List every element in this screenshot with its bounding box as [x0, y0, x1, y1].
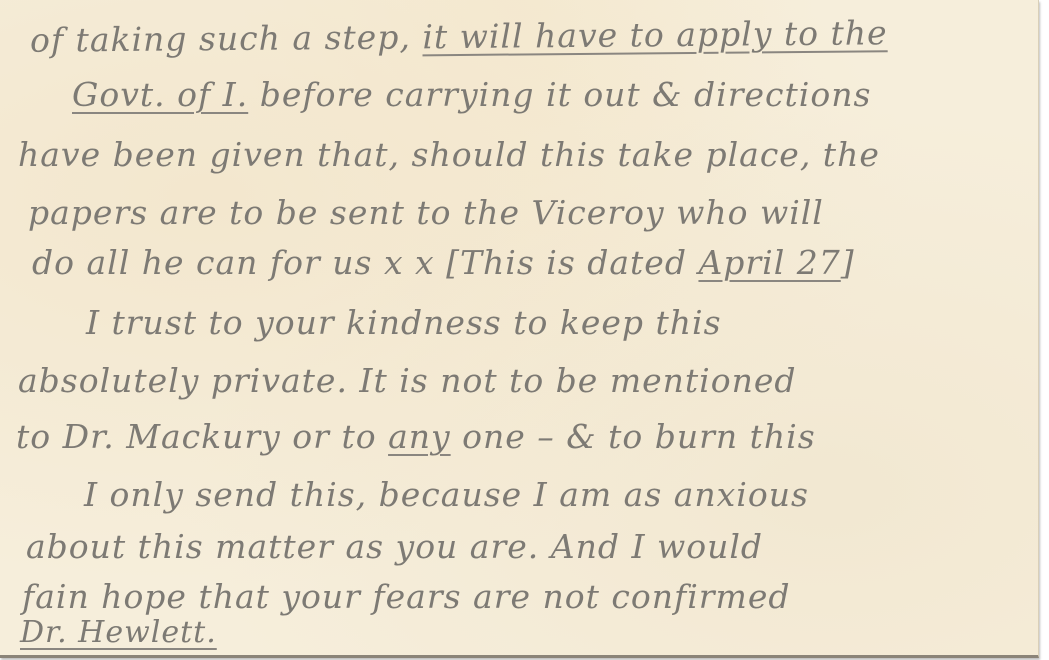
letter-line-6: I trust to your kindness to keep this — [86, 306, 722, 339]
letter-line-1: of taking such a step, it will have to a… — [30, 16, 888, 56]
text-span: of taking such a step, — [30, 17, 423, 59]
letter-card: of taking such a step, it will have to a… — [0, 0, 1039, 658]
letter-line-5: do all he can for us x x [This is dated … — [32, 246, 855, 279]
text-span: I only send this, because I am as anxiou… — [84, 475, 809, 514]
letter-line-2: Govt. of I. before carrying it out & dir… — [72, 78, 871, 111]
letter-line-11: fain hope that your fears are not confir… — [22, 580, 790, 613]
text-span: about this matter as you are. And I woul… — [26, 527, 763, 566]
text-span: do all he can for us x x [This is dated — [32, 243, 698, 282]
letter-line-9: I only send this, because I am as anxiou… — [84, 478, 809, 511]
underlined-span: it will have to apply to the — [422, 13, 888, 56]
letter-line-10: about this matter as you are. And I woul… — [26, 530, 763, 563]
underlined-span: any — [388, 417, 451, 456]
text-span: have been given that, should this take p… — [18, 135, 880, 174]
date-underlined: April 27 — [698, 243, 840, 282]
text-span: absolutely private. It is not to be ment… — [18, 361, 797, 400]
text-span: ] — [841, 243, 855, 282]
text-span: I trust to your kindness to keep this — [86, 303, 722, 342]
text-span: fain hope that your fears are not confir… — [22, 577, 790, 616]
letter-line-3: have been given that, should this take p… — [18, 138, 880, 171]
signature: Dr. Hewlett. — [20, 618, 217, 648]
underlined-span: Govt. of I. — [72, 75, 248, 114]
text-span: papers are to be sent to the Viceroy who… — [28, 193, 824, 232]
letter-line-4: papers are to be sent to the Viceroy who… — [28, 196, 824, 229]
text-span: one – & to burn this — [451, 417, 816, 456]
signature-text: Dr. Hewlett. — [20, 615, 217, 650]
letter-line-7: absolutely private. It is not to be ment… — [18, 364, 797, 397]
letter-line-8: to Dr. Mackury or to any one – & to burn… — [16, 420, 816, 453]
text-span: to Dr. Mackury or to — [16, 417, 388, 456]
text-span: before carrying it out & directions — [248, 75, 871, 114]
